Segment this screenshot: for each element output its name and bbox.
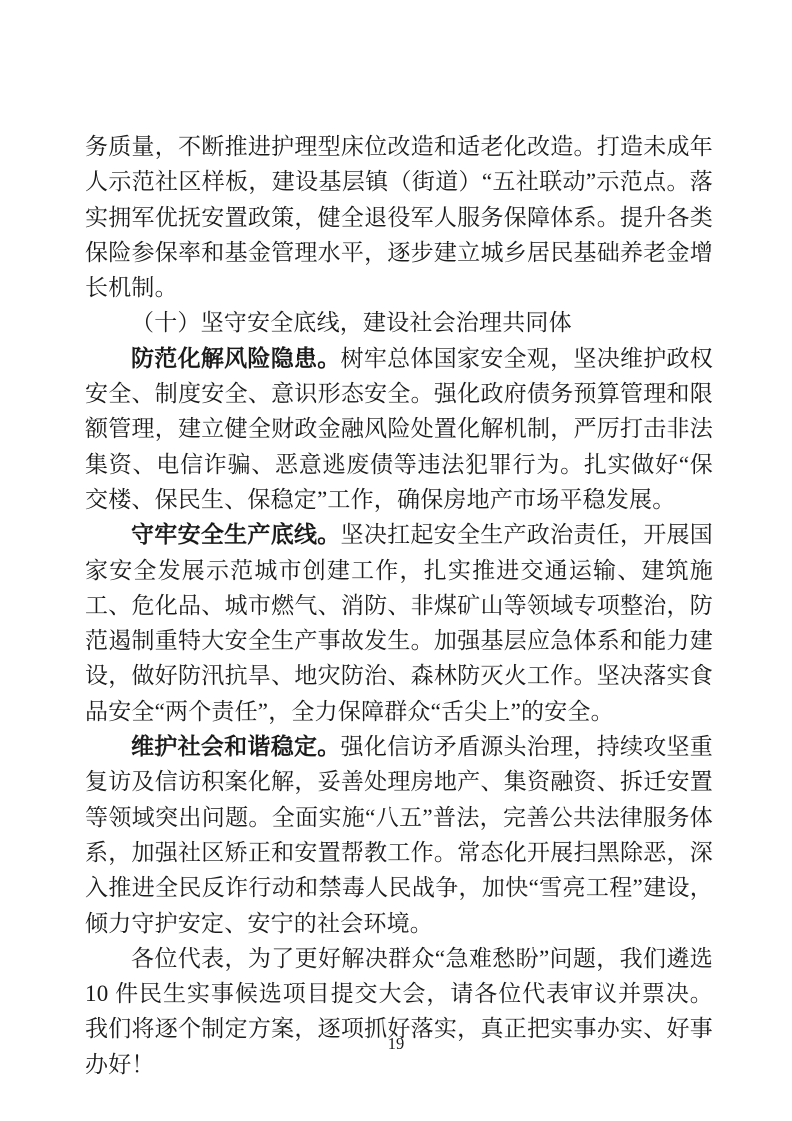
paragraph-service-quality-continuation: 务质量，不断推进护理型床位改造和适老化改造。打造未成年人示范社区样板，建设基层镇… [85, 129, 713, 305]
document-page: 务质量，不断推进护理型床位改造和适老化改造。打造未成年人示范社区样板，建设基层镇… [0, 0, 792, 1121]
paragraph-work-safety: 守牢安全生产底线。坚决扛起安全生产政治责任，开展国家安全发展示范城市创建工作，扎… [85, 517, 713, 729]
paragraph-text-social-stability: 强化信访矛盾源头治理，持续攻坚重复访及信访积案化解，妥善处理房地产、集资融资、拆… [85, 734, 713, 935]
text-content: 务质量，不断推进护理型床位改造和适老化改造。打造未成年人示范社区样板，建设基层镇… [85, 129, 713, 1082]
paragraph-social-stability: 维护社会和谐稳定。强化信访矛盾源头治理，持续攻坚重复访及信访积案化解，妥善处理房… [85, 729, 713, 941]
page-footer: 19 [0, 1034, 792, 1054]
paragraph-lead-risk-prevention: 防范化解风险隐患。 [131, 346, 341, 371]
paragraph-lead-social-stability: 维护社会和谐稳定。 [131, 734, 341, 759]
section-heading-ten: （十）坚守安全底线，建设社会治理共同体 [85, 305, 713, 340]
paragraph-delegates-closing: 各位代表，为了更好解决群众“急难愁盼”问题，我们遴选 10 件民生实事候选项目提… [85, 941, 713, 1082]
page-number: 19 [388, 1034, 405, 1053]
paragraph-lead-work-safety: 守牢安全生产底线。 [131, 522, 341, 547]
paragraph-risk-prevention: 防范化解风险隐患。树牢总体国家安全观，坚决维护政权安全、制度安全、意识形态安全。… [85, 341, 713, 517]
paragraph-text-work-safety: 坚决扛起安全生产政治责任，开展国家安全发展示范城市创建工作，扎实推进交通运输、建… [85, 522, 713, 723]
